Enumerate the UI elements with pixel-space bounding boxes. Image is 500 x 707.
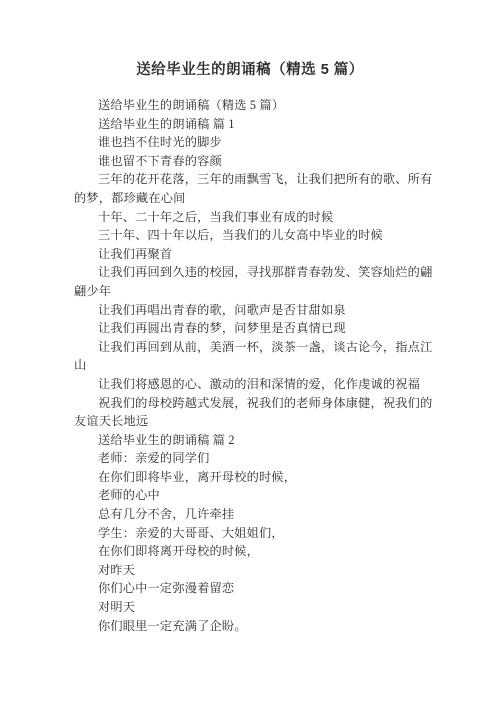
document-title: 送给毕业生的朗诵稿（精选 5 篇） <box>74 60 426 80</box>
text-line: 你们心中一定弥漫着留恋 <box>74 579 430 598</box>
text-line: 祝我们的母校跨越式发展，祝我们的老师身体康健，祝我们的 <box>74 394 430 413</box>
text-line: 送给毕业生的朗诵稿（精选 5 篇） <box>74 96 430 115</box>
text-line: 翩少年 <box>74 282 430 301</box>
text-line: 你们眼里一定充满了企盼。 <box>74 617 430 636</box>
text-line: 对明天 <box>74 598 430 617</box>
text-line: 学生：亲爱的大哥哥、大姐姐们， <box>74 524 430 543</box>
text-line: 友谊天长地远 <box>74 412 430 431</box>
text-line: 总有几分不舍，几许牵挂 <box>74 505 430 524</box>
text-line: 三年的花开花落，三年的雨飘雪飞，让我们把所有的歌、所有 <box>74 170 430 189</box>
text-line: 谁也挡不住时光的脚步 <box>74 133 430 152</box>
text-line: 让我们再唱出青春的歌，问歌声是否甘甜如泉 <box>74 301 430 320</box>
text-line: 送给毕业生的朗诵稿 篇 1 <box>74 115 430 134</box>
document-body: 送给毕业生的朗诵稿（精选 5 篇）送给毕业生的朗诵稿 篇 1谁也挡不住时光的脚步… <box>74 96 430 635</box>
text-line: 老师的心中 <box>74 486 430 505</box>
text-line: 十年、二十年之后，当我们事业有成的时候 <box>74 208 430 227</box>
text-line: 谁也留不下青春的容颜 <box>74 152 430 171</box>
text-line: 送给毕业生的朗诵稿 篇 2 <box>74 431 430 450</box>
text-line: 让我们再圆出青春的梦，问梦里是否真情已现 <box>74 319 430 338</box>
text-line: 让我们再回到久违的校园，寻找那群青春勃发、笑容灿烂的翩 <box>74 263 430 282</box>
text-line: 在你们即将离开母校的时候， <box>74 542 430 561</box>
text-line: 的梦，都珍藏在心间 <box>74 189 430 208</box>
text-line: 山 <box>74 356 430 375</box>
text-line: 让我们将感恩的心、激动的泪和深情的爱，化作虔诚的祝福 <box>74 375 430 394</box>
text-line: 让我们再回到从前，美酒一杯，淡茶一盏，谈古论今，指点江 <box>74 338 430 357</box>
text-line: 对昨天 <box>74 561 430 580</box>
text-line: 老师：亲爱的同学们 <box>74 449 430 468</box>
text-line: 在你们即将毕业，离开母校的时候， <box>74 468 430 487</box>
text-line: 三十年、四十年以后，当我们的儿女高中毕业的时候 <box>74 226 430 245</box>
text-line: 让我们再聚首 <box>74 245 430 264</box>
document-page: 送给毕业生的朗诵稿（精选 5 篇） 送给毕业生的朗诵稿（精选 5 篇）送给毕业生… <box>0 0 500 707</box>
